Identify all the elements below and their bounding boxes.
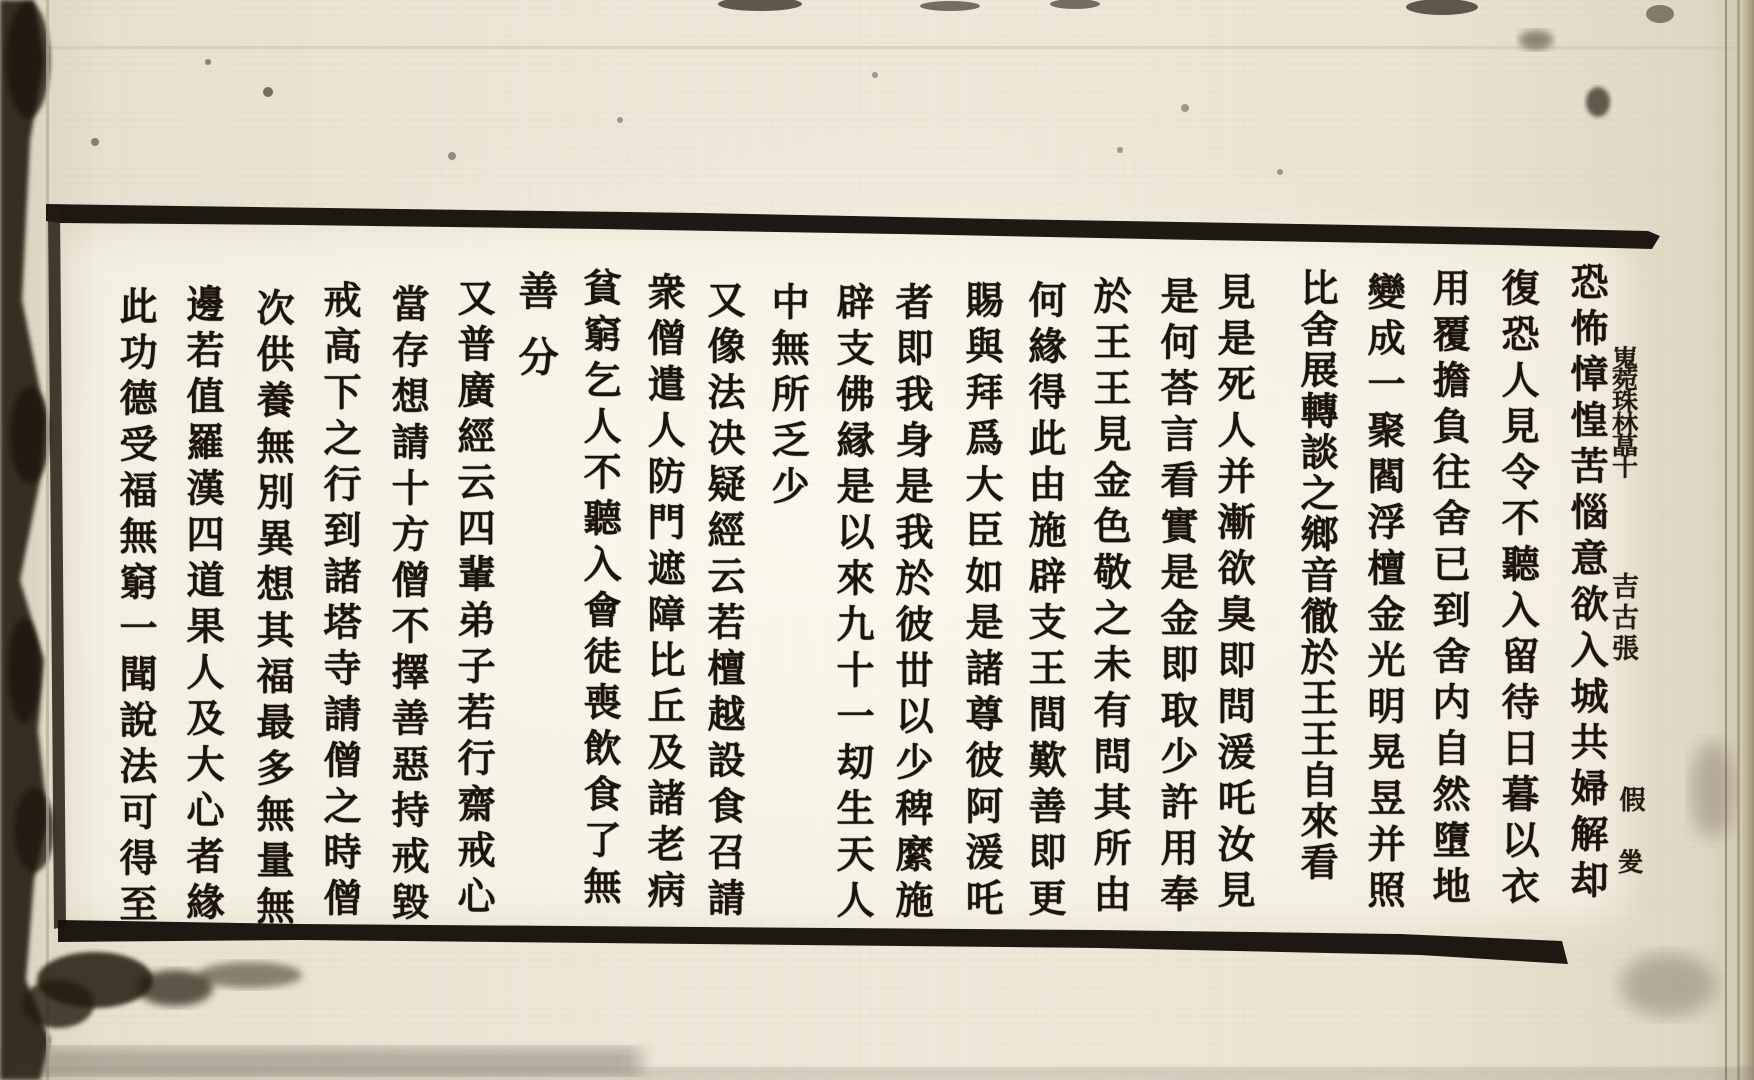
- spine-edge: [0, 0, 50, 1080]
- text-column: 此功德受福無窮一聞說法可得至: [105, 286, 162, 930]
- text-column: 用覆擔負往舍已到舍内自然墮地: [1418, 268, 1475, 912]
- text-column: 變成一聚閻浮檀金光明晃昱并照: [1353, 272, 1410, 916]
- text-column: 衆僧遣人防門遮障比丘及諸老病: [633, 272, 690, 916]
- text-column: 戒高下之行到諸塔寺請僧之時僧: [309, 280, 366, 924]
- text-column: 貧窮乞人不聽入會徒喪飲食了無: [569, 268, 626, 912]
- interlinear-gloss: 夎: [1610, 848, 1647, 874]
- text-column: 次供養無別異想其福最多無量無: [242, 288, 299, 932]
- frame-top-border: [46, 204, 1660, 249]
- interlinear-gloss: 假: [1612, 786, 1649, 812]
- text-column: 何緣得此由施辟支王間歎善即更: [1014, 280, 1071, 924]
- text-column: 中無所乏少: [757, 282, 814, 512]
- text-column: 又普廣經云四輩弟子若行齋戒心: [443, 278, 500, 922]
- scanned-page: { "page": { "columns": [ {"text": "恐怖慞惶苦…: [0, 0, 1754, 1080]
- text-column: 是何荅言看實是金即取少許用奉: [1146, 276, 1203, 920]
- text-column: 復恐人見令不聽入留待日暮以衣: [1487, 268, 1544, 912]
- text-column: 辟支佛縁是以來九十一刧生天人: [822, 282, 879, 926]
- text-column: 比舍展轉談之鄉音徹於王王自來看: [1286, 268, 1343, 883]
- text-column: 賜與拜爲大臣如是諸尊彼阿湲吒: [951, 280, 1008, 924]
- text-column: 者即我身是我於彼丗以少稗縻施: [881, 282, 938, 926]
- text-column: 善分: [505, 270, 565, 402]
- text-column: 邊若值羅漢四道果人及大心者緣: [172, 284, 229, 928]
- text-column: 又像法决疑經云若檀越設食召請: [693, 280, 750, 924]
- text-column: 於王王見金色敬之未有問其所由: [1079, 276, 1136, 920]
- text-column: 見是死人并漸欲臭即問湲吒汝見: [1203, 272, 1260, 916]
- margin-note-scribe: 吉古張: [1604, 572, 1643, 665]
- text-column: 當存想請十方僧不擇善惡持戒毀: [377, 284, 434, 928]
- margin-note-title: 嵬菀珠林蕌十: [1603, 345, 1641, 476]
